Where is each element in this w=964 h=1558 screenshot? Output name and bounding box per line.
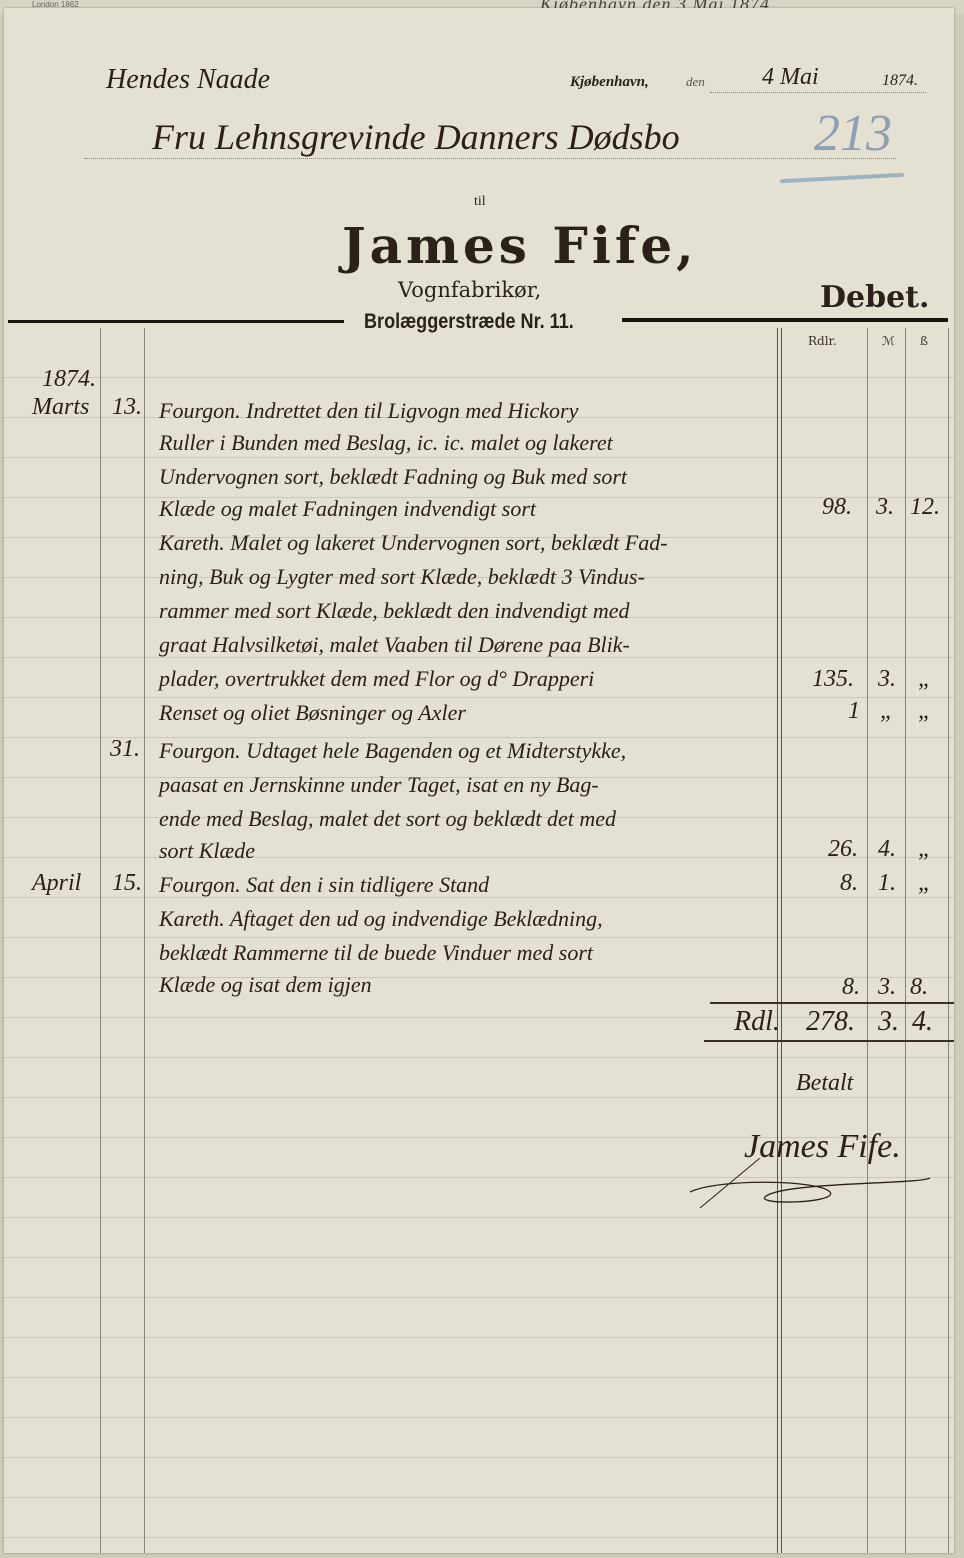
skilling-column-divider	[905, 328, 906, 1553]
month-column-divider	[100, 328, 101, 1553]
entry-amount-mark: 3.	[878, 666, 896, 693]
debet-label: Debet.	[820, 280, 929, 315]
right-margin-divider	[948, 328, 949, 1553]
place-label: Kjøbenhavn,	[570, 74, 649, 91]
reference-number: 213	[814, 104, 892, 163]
entry-line: Kareth. Aftaget den ud og indvendige Bek…	[159, 906, 603, 932]
entry-line: Kareth. Malet og lakeret Undervognen sor…	[159, 530, 668, 556]
recipient: Fru Lehnsgrevinde Danners Dødsbo	[152, 116, 680, 158]
entry-line: beklædt Rammerne til de buede Vinduer me…	[159, 940, 593, 966]
entry-day: 15.	[112, 870, 142, 897]
ledger-year: 1874.	[42, 366, 96, 393]
signature-flourish-icon	[680, 1158, 940, 1208]
date-day-month: 4 Mai	[762, 64, 819, 91]
column-header-skilling: ß	[920, 334, 928, 348]
entry-amount-rdlr: 26.	[828, 836, 858, 863]
firm-name: James Fife,	[342, 216, 698, 275]
column-header-rigsdaler: Rdlr.	[808, 334, 837, 348]
header-rule-right	[622, 318, 948, 322]
entry-amount-skilling: „	[918, 698, 931, 725]
entry-amount-rdlr: 98.	[822, 494, 852, 521]
entry-line: plader, overtrukket dem med Flor og d° D…	[159, 666, 594, 692]
entry-amount-rdlr: 8.	[842, 974, 860, 1001]
invoice-sheet: Hendes Naade Kjøbenhavn, den 4 Mai 1874.…	[4, 8, 954, 1553]
total-amount-rdlr: 278.	[806, 1006, 855, 1038]
entry-amount-rdlr: 1	[848, 698, 860, 725]
mark-column-divider	[867, 328, 868, 1553]
entry-line: Renset og oliet Bøsninger og Axler	[159, 700, 466, 726]
entry-line: Klæde og malet Fadningen indvendigt sort	[159, 496, 536, 522]
entry-line: rammer med sort Klæde, beklædt den indve…	[159, 598, 630, 624]
entry-amount-skilling: 8.	[910, 974, 928, 1001]
entry-line: Fourgon. Udtaget hele Bagenden og et Mid…	[159, 738, 626, 764]
entry-line: Undervognen sort, beklædt Fadning og Buk…	[159, 464, 627, 490]
entry-day: 31.	[110, 736, 140, 763]
entry-line: ende med Beslag, malet det sort og beklæ…	[159, 806, 616, 832]
amount-column-divider	[777, 328, 782, 1553]
entry-line: Fourgon. Indrettet den til Ligvogn med H…	[159, 398, 578, 424]
entry-amount-skilling: „	[918, 836, 931, 863]
entry-month: Marts	[32, 394, 89, 421]
entry-amount-mark: „	[880, 698, 893, 725]
entry-amount-mark: 3.	[878, 974, 896, 1001]
til-label: til	[474, 194, 486, 210]
date-year: 1874.	[882, 72, 918, 90]
entry-month: April	[32, 870, 81, 897]
header-rule-left	[8, 320, 344, 323]
entry-line: paasat en Jernskinne under Taget, isat e…	[159, 772, 599, 798]
firm-address: Brolæggerstræde Nr. 11.	[364, 310, 574, 334]
entry-amount-skilling: „	[918, 666, 931, 693]
entry-amount-rdlr: 135.	[812, 666, 854, 693]
entry-line: Klæde og isat dem igjen	[159, 972, 372, 998]
total-label: Rdl.	[734, 1006, 780, 1038]
paid-label: Betalt	[796, 1070, 853, 1097]
total-amount-skilling: 4.	[912, 1006, 933, 1038]
entry-amount-skilling: „	[918, 870, 931, 897]
day-column-divider	[144, 328, 145, 1553]
entry-amount-rdlr: 8.	[840, 870, 858, 897]
entry-line: Ruller i Bunden med Beslag, ic. ic. male…	[159, 430, 613, 456]
entry-line: ning, Buk og Lygter med sort Klæde, bekl…	[159, 564, 645, 590]
total-amount-mark: 3.	[878, 1006, 899, 1038]
reference-underline	[780, 173, 904, 183]
entry-amount-mark: 4.	[878, 836, 896, 863]
addressee: Hendes Naade	[106, 64, 270, 96]
column-header-mark: ℳ	[882, 334, 895, 348]
entry-amount-mark: 3.	[876, 494, 894, 521]
date-dotted-line	[710, 92, 926, 93]
entry-day: 13.	[112, 394, 142, 421]
entry-amount-skilling: 12.	[910, 494, 940, 521]
den-label: den	[686, 74, 705, 90]
entry-line: sort Klæde	[159, 838, 255, 864]
total-rule-top	[710, 1002, 954, 1004]
total-rule-bottom	[704, 1040, 954, 1042]
firm-trade: Vognfabrikør,	[398, 278, 541, 302]
entry-amount-mark: 1.	[878, 870, 896, 897]
entry-line: graat Halvsilketøi, malet Vaaben til Dør…	[159, 632, 630, 658]
recipient-dotted-line	[84, 158, 896, 159]
entry-line: Fourgon. Sat den i sin tidligere Stand	[159, 872, 489, 898]
